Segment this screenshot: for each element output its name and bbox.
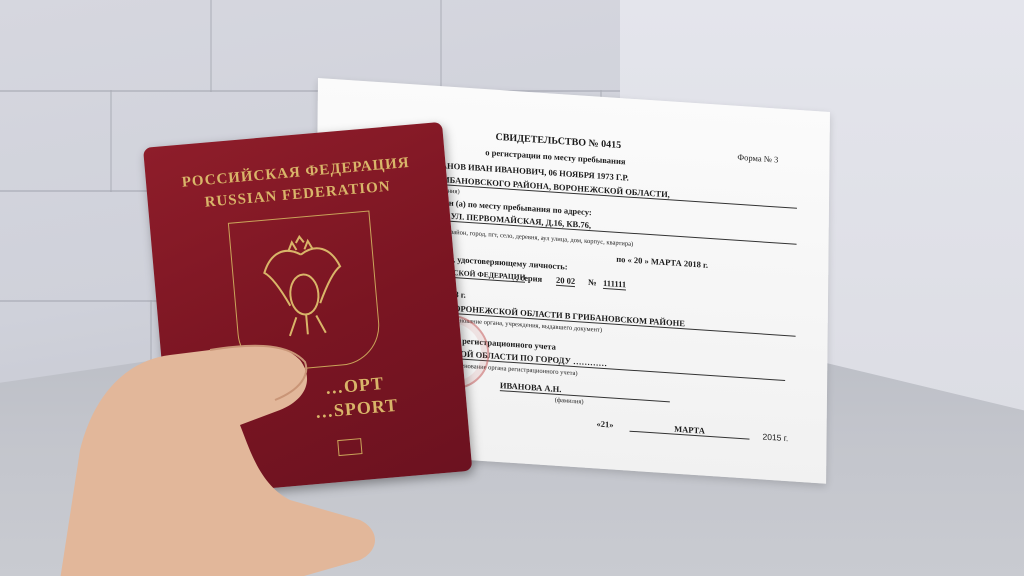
doc-sign-year: 2015 г.	[762, 432, 788, 444]
doc-number: 111111	[603, 278, 626, 291]
doc-sign-month: МАРТА	[629, 421, 749, 440]
brick	[0, 0, 212, 92]
photo-scene: СВИДЕТЕЛЬСТВО № 0415 Форма № 3 о регистр…	[0, 0, 1024, 576]
hand	[60, 250, 390, 576]
doc-series-label: , серия	[516, 272, 542, 284]
doc-series: 20 02	[556, 275, 575, 287]
doc-form: Форма № 3	[737, 152, 778, 165]
doc-signer: ИВАНОВА А.Н.	[500, 380, 670, 402]
doc-sign-day: «21»	[597, 419, 614, 430]
brick	[0, 90, 112, 192]
doc-number-label: №	[588, 277, 597, 288]
brick	[440, 0, 642, 92]
doc-signer-caption: (фамилия)	[555, 397, 584, 406]
doc-period-to: по « 20 » МАРТА 2018 г.	[616, 254, 708, 270]
